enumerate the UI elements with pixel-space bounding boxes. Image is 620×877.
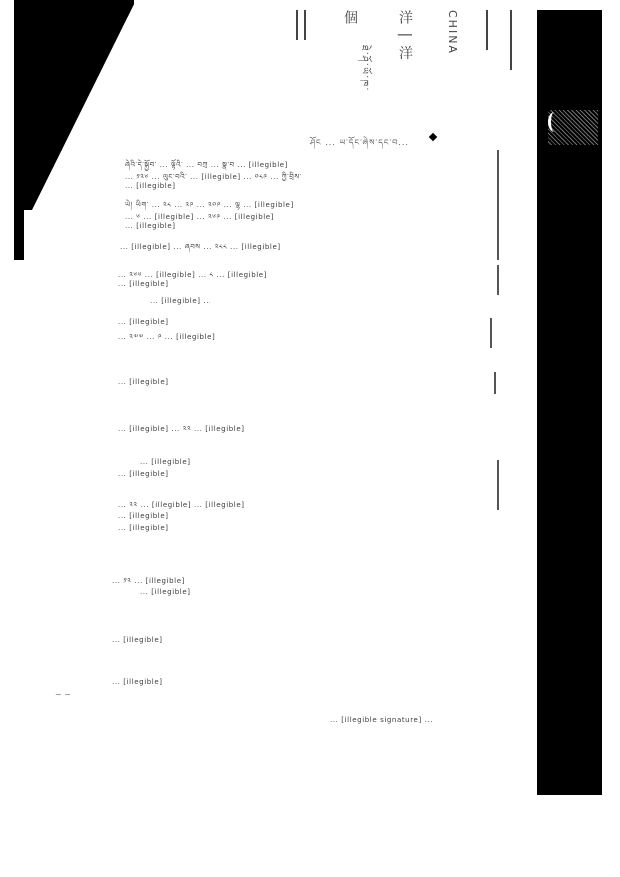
header-char-1: 個 (340, 10, 360, 26)
margin-bracket (497, 265, 499, 295)
header-rule (510, 10, 512, 70)
margin-note: ~ ~ (55, 690, 71, 699)
reference-mark (429, 133, 437, 141)
body-line: ... [illegible] (112, 678, 492, 686)
body-line: ... [illegible] (140, 588, 460, 596)
body-line: ... [illegible] (118, 512, 478, 520)
margin-bracket (497, 460, 499, 510)
body-line: ... [illegible] (118, 524, 238, 532)
body-line: ... [illegible] (118, 378, 458, 386)
header-char-2: 洋 | 洋 (395, 10, 415, 62)
header-country: CHINA (446, 10, 459, 55)
scan-shadow-left (14, 0, 134, 210)
header-rule (304, 10, 306, 40)
document-subheader: ཤོང ... ཡ་དོང་ཞེས་དང་བ... (310, 133, 409, 156)
body-line: ... [illegible] (118, 318, 478, 326)
margin-bracket (494, 372, 496, 394)
body-line: ... [illegible] (125, 182, 205, 190)
body-line: ... [illegible] (118, 280, 488, 288)
body-line: ... [illegible] ... ༢༢ ... [illegible] (118, 422, 498, 441)
header-rule (296, 10, 298, 40)
body-line: ... [illegible] (112, 636, 472, 644)
margin-bracket (490, 318, 492, 348)
signature-line: ... [illegible signature] ... (330, 716, 500, 724)
body-line: ... [illegible] ... ༢༦༦ ... [illegible] (150, 294, 210, 313)
body-line: ... ༢༧༧ ... ༩ ... [illegible] (118, 330, 398, 349)
margin-bracket (497, 150, 499, 260)
body-line: ... [illegible] (118, 470, 318, 478)
body-line: ... [illegible] (140, 458, 500, 466)
header-annotation: ཐེ་ཤོ་ཡོ་ཁ་ (352, 45, 377, 92)
scan-shadow-left-strip (14, 160, 24, 260)
body-line: ... [illegible] (125, 222, 195, 230)
body-line: ... [illegible] ... ཞབས ... ༢༨༨ ... [ill… (120, 240, 490, 259)
header-rule (486, 10, 488, 50)
scan-artifact (548, 112, 561, 132)
